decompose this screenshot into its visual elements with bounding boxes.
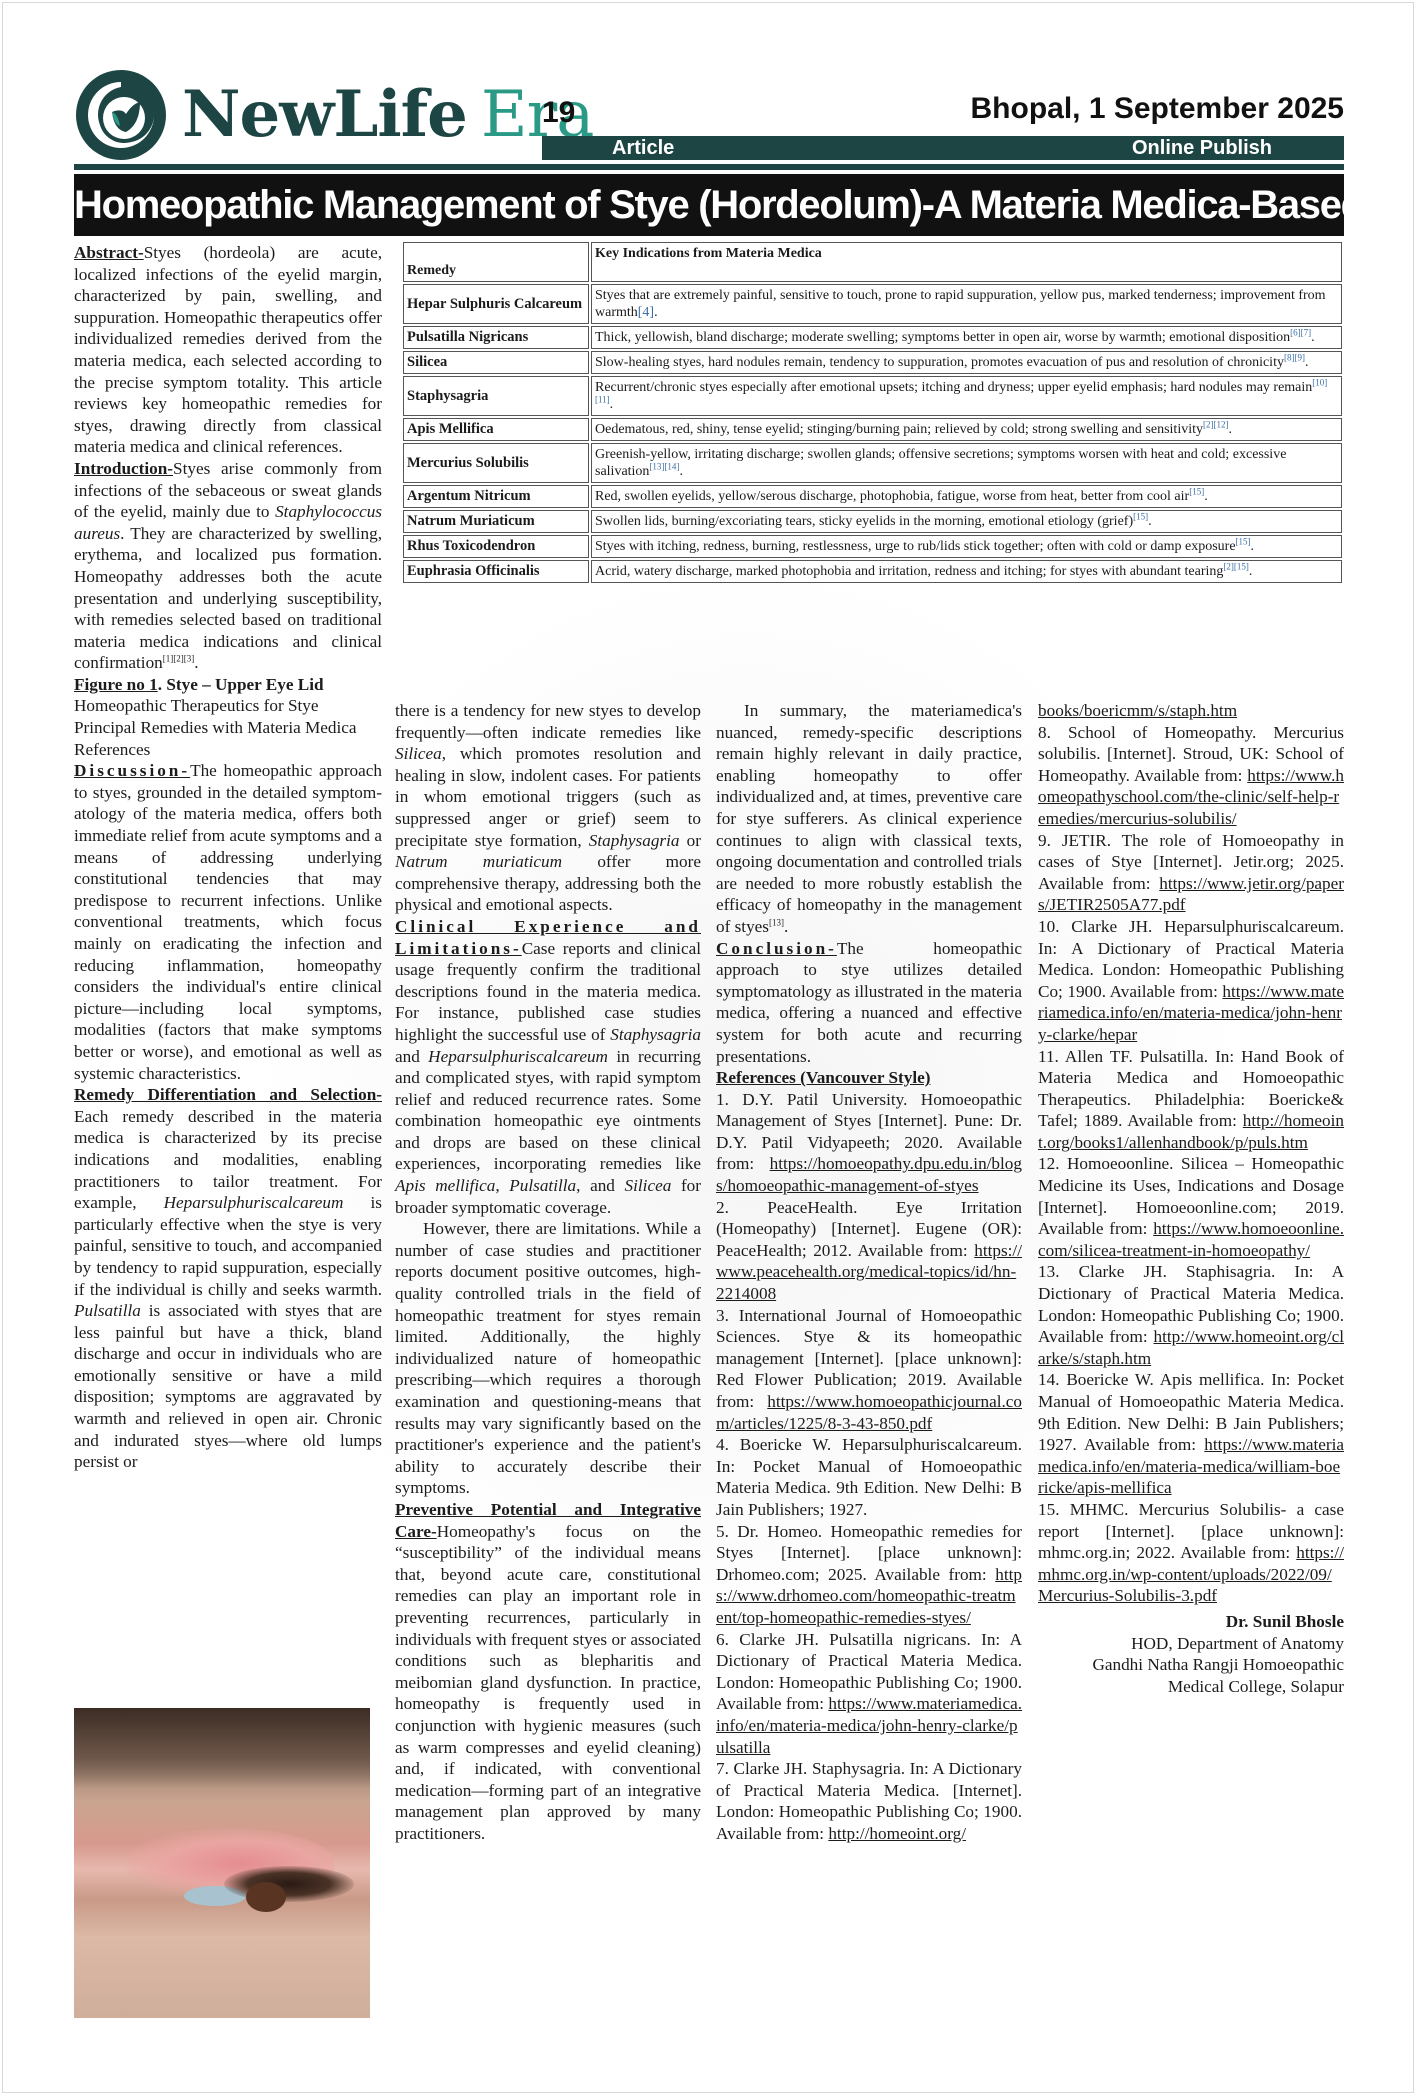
column-4: books/boericmm/s/staph.htm8. School of H… [1038,700,1344,1697]
remedy-differentiation-heading: Remedy Differentiation and Selection- [74,1085,382,1104]
remedy-cell: Rhus Toxicodendron [403,535,589,558]
publish-label: Online Publish [1132,136,1272,160]
remedy-cell: Staphysagria [403,376,589,416]
citation-link[interactable]: [6][7] [1290,327,1311,337]
citation-link[interactable]: [15] [1236,536,1251,546]
reference-item: 14. Boericke W. Apis mellifica. In: Pock… [1038,1369,1344,1499]
remedy-cell: Hepar Sulphuris Calcareum [403,284,589,324]
reference-item: 4. Boericke W. Heparsulphuriscalcareum. … [716,1434,1022,1520]
reference-list-part-1: 1. D.Y. Patil University. Homoeopathic M… [716,1089,1022,1845]
conclusion-paragraph: Conclusion-The homeopathic approach to s… [716,938,1022,1068]
citation-link[interactable]: [13][14] [649,461,679,471]
reference-item: 6. Clarke JH. Pulsatilla nigricans. In: … [716,1629,1022,1759]
table-body: Hepar Sulphuris CalcareumStyes that are … [403,284,1342,583]
remedy-name: Staphysagria [589,831,680,850]
introduction-text-cont: . They are characterized by swelling, er… [74,524,382,673]
table-row: Euphrasia OfficinalisAcrid, watery disch… [403,560,1342,583]
conclusion-heading: Conclusion- [716,939,837,958]
figure-subtitle: Homeopathic Therapeutics for Stye Princi… [74,695,382,760]
remedy-name: Silicea [625,1176,672,1195]
masthead-rule [74,164,1344,170]
indication-cell: Greenish-yellow, irritating discharge; s… [591,443,1342,483]
discussion-text: The homeopathic approach to styes, groun… [74,761,382,1082]
reference-link[interactable]: books/boericmm/s/staph.htm [1038,701,1237,720]
remedy-cell: Pulsatilla Nigricans [403,326,589,349]
discussion-paragraph: Discussion-The homeopathic approach to s… [74,760,382,1084]
remedy-name: Pulsatilla [74,1301,141,1320]
remedy-name: Apis mellifica [395,1176,495,1195]
column-3: In summary, the materiamedica's nuanced,… [716,700,1022,1844]
masthead: NewLifeEra 19 Bhopal, 1 September 2025 A… [74,68,1344,166]
table-row: Apis MellificaOedematous, red, shiny, te… [403,418,1342,441]
photo-eyebrow [74,1708,370,1788]
reference-item: 11. Allen TF. Pulsatilla. In: Hand Book … [1038,1046,1344,1154]
section-band: Article Online Publish [542,136,1344,160]
abstract-heading: Abstract- [74,243,144,262]
citation[interactable]: [13] [769,917,784,927]
logo-newlife: NewLife [182,77,467,152]
reference-item: 12. Homoeoonline. Silicea – Homeopathic … [1038,1153,1344,1261]
remedy-name: Silicea [395,744,442,763]
summary-paragraph: In summary, the materiamedica's nuanced,… [716,700,1022,938]
citation-link[interactable]: [2][15] [1223,561,1249,571]
reference-list-part-2: books/boericmm/s/staph.htm8. School of H… [1038,700,1344,1607]
body-text: In summary, the materiamedica's nuanced,… [716,701,1022,936]
stye-eye-photo [74,1708,370,2018]
publication-logo-wordmark: NewLifeEra [182,70,593,160]
citation[interactable]: [1][2][3] [163,654,194,664]
table-row: Hepar Sulphuris CalcareumStyes that are … [403,284,1342,324]
citation-link[interactable]: [8][9] [1284,352,1305,362]
reference-item: 2. PeaceHealth. Eye Irritation (Homeopat… [716,1197,1022,1305]
citation-link[interactable]: [15] [1189,486,1204,496]
indication-cell: Acrid, watery discharge, marked photopho… [591,560,1342,583]
abstract-paragraph: Abstract-Styes (hordeola) are acute, loc… [74,242,382,458]
indication-cell: Slow-healing styes, hard nodules remain,… [591,351,1342,374]
remedy-name: Staphysagria [610,1025,701,1044]
indication-cell: Swollen lids, burning/excoriating tears,… [591,510,1342,533]
author-position: HOD, Department of Anatomy [1038,1633,1344,1655]
remedy-name: Natrum muriaticum [395,852,562,871]
table-row: Pulsatilla NigricansThick, yellowish, bl… [403,326,1342,349]
indication-cell: Oedematous, red, shiny, tense eyelid; st… [591,418,1342,441]
abstract-text: Styes (hordeola) are acute, localized in… [74,243,382,456]
indication-cell: Styes that are extremely painful, sensit… [591,284,1342,324]
remedy-cell: Silicea [403,351,589,374]
preventive-paragraph: Preventive Potential and Integrative Car… [395,1499,701,1845]
body-text: there is a tendency for new styes to dev… [395,701,701,742]
table-row: Argentum NitricumRed, swollen eyelids, y… [403,485,1342,508]
remedy-cell: Natrum Muriaticum [403,510,589,533]
reference-item: 8. School of Homeopathy. Mercurius solub… [1038,722,1344,830]
reference-item: 5. Dr. Homeo. Homeopathic remedies for S… [716,1521,1022,1629]
indication-cell: Styes with itching, redness, burning, re… [591,535,1342,558]
author-name: Dr. Sunil Bhosle [1038,1611,1344,1633]
reference-item: 7. Clarke JH. Staphysagria. In: A Dictio… [716,1758,1022,1844]
reference-item: 1. D.Y. Patil University. Homoeopathic M… [716,1089,1022,1197]
body-text: , [495,1176,509,1195]
reference-item: 13. Clarke JH. Staphisagria. In: A Dicti… [1038,1261,1344,1369]
discussion-heading: Discussion- [74,761,190,780]
reference-text: 4. Boericke W. Heparsulphuriscalcareum. … [716,1435,1022,1519]
remedy-cell: Apis Mellifica [403,418,589,441]
citation-link[interactable]: [4] [638,305,654,320]
newlife-logo-icon [74,68,168,162]
reference-item: 3. International Journal of Homoeopathic… [716,1305,1022,1435]
photo-lashes [224,1866,354,1902]
body-text: Homeopathy's focus on the “susceptibilit… [395,1522,701,1843]
table-row: SiliceaSlow-healing styes, hard nodules … [403,351,1342,374]
indication-cell: Red, swollen eyelids, yellow/serous disc… [591,485,1342,508]
dateline: Bhopal, 1 September 2025 [971,92,1344,126]
author-institution: Gandhi Natha Rangji Homoeopathic [1038,1654,1344,1676]
column-header-remedy: Remedy [403,242,589,282]
table-row: Rhus ToxicodendronStyes with itching, re… [403,535,1342,558]
indication-cell: Recurrent/chronic styes especially after… [591,376,1342,416]
citation-link[interactable]: [15] [1133,511,1148,521]
table-row: Mercurius SolubilisGreenish-yellow, irri… [403,443,1342,483]
remedy-cell: Mercurius Solubilis [403,443,589,483]
reference-item: 9. JETIR. The role of Homoeopathy in cas… [1038,830,1344,916]
author-institution-city: Medical College, Solapur [1038,1676,1344,1698]
remedy-name: Pulsatilla [509,1176,576,1195]
figure-label: Figure no 1 [74,675,158,694]
figure-caption: Figure no 1. Stye – Upper Eye Lid [74,674,382,696]
photo-iris [246,1882,286,1912]
table-row: Natrum MuriaticumSwollen lids, burning/e… [403,510,1342,533]
remedy-name: Heparsulphuriscalcareum [428,1047,608,1066]
references-heading: References (Vancouver Style) [716,1067,1022,1089]
column-header-indications: Key Indications from Materia Medica [591,242,1342,282]
column-1: Abstract-Styes (hordeola) are acute, loc… [74,242,382,1473]
reference-text: 5. Dr. Homeo. Homeopathic remedies for S… [716,1522,1022,1584]
introduction-heading: Introduction- [74,459,173,478]
remedy-differentiation-paragraph: Remedy Differentiation and Selection-Eac… [74,1084,382,1473]
table-header-row: Remedy Key Indications from Materia Medi… [403,242,1342,282]
column-2: there is a tendency for new styes to dev… [395,700,701,1844]
table-row: StaphysagriaRecurrent/chronic styes espe… [403,376,1342,416]
reference-link[interactable]: http://homeoint.org/ [828,1824,966,1843]
section-label: Article [612,136,674,160]
remedy-differentiation-continued: there is a tendency for new styes to dev… [395,700,701,916]
remedy-cell: Euphrasia Officinalis [403,560,589,583]
body-text: is associated with styes that are less p… [74,1301,382,1471]
issue-number: 19 [542,96,575,130]
citation-link[interactable]: [2][12] [1203,419,1229,429]
body-text: and [395,1047,428,1066]
remedy-name: Heparsulphuriscalcareum [164,1193,344,1212]
indication-cell: Thick, yellowish, bland discharge; moder… [591,326,1342,349]
limitations-paragraph: However, there are limitations. While a … [395,1218,701,1499]
remedy-table: Remedy Key Indications from Materia Medi… [401,240,1344,585]
clinical-paragraph: Clinical Experience and Limitations-Case… [395,916,701,1218]
reference-item: 15. MHMC. Mercurius Solubilis- a case re… [1038,1499,1344,1607]
introduction-paragraph: Introduction-Styes arise commonly from i… [74,458,382,674]
body-text: or [680,831,701,850]
article-title: Homeopathic Management of Stye (Hordeolu… [74,174,1344,236]
body-text: , and [576,1176,624,1195]
remedy-cell: Argentum Nitricum [403,485,589,508]
reference-item: books/boericmm/s/staph.htm [1038,700,1344,722]
author-block: Dr. Sunil Bhosle HOD, Department of Anat… [1038,1611,1344,1697]
figure-caption-text: . Stye – Upper Eye Lid [158,675,324,694]
reference-item: 10. Clarke JH. Heparsulphuriscalcareum. … [1038,916,1344,1046]
